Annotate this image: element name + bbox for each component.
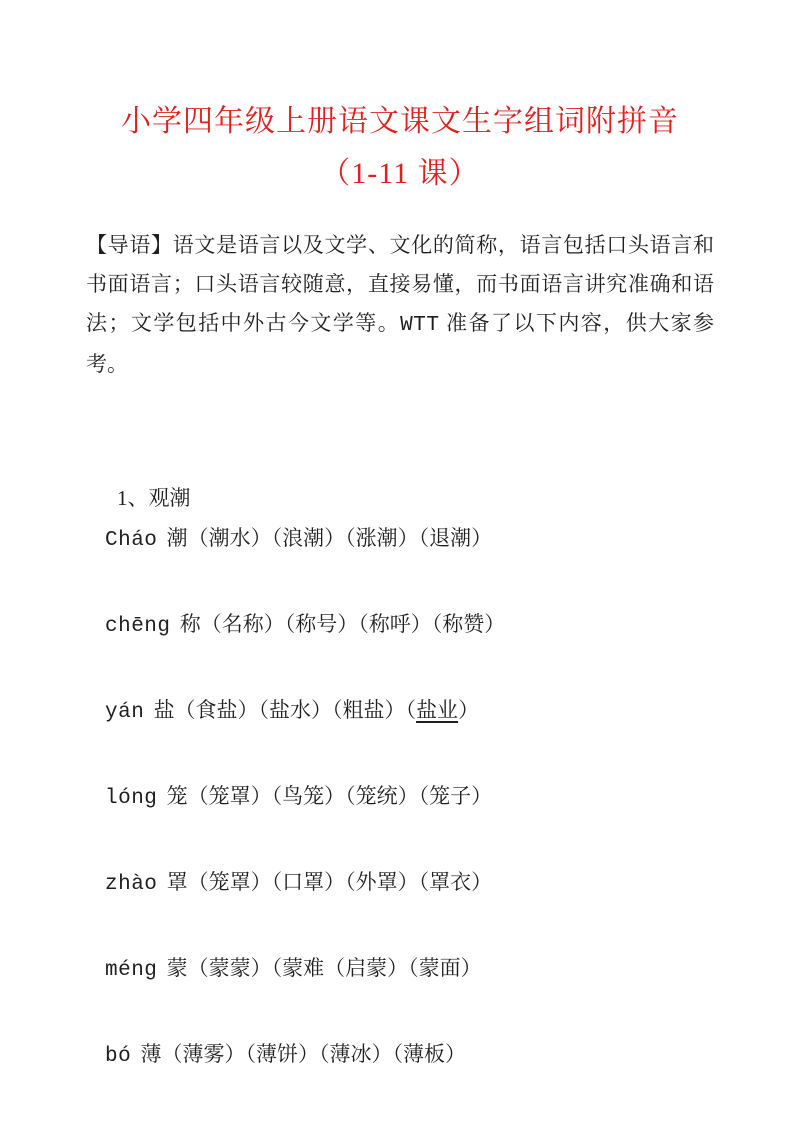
pinyin-text: Cháo <box>105 529 157 552</box>
vocab-entry: chēng 称（名称）（称号）（称呼）（称赞） <box>86 604 714 647</box>
chinese-text: 称（名称）（称号）（称呼）（称赞） <box>175 612 506 636</box>
lesson-heading: 1、观潮 <box>86 478 714 518</box>
pinyin-text: lóng <box>105 787 157 810</box>
vocab-entry: zhào 罩（笼罩）（口罩）（外罩）（罩衣） <box>86 862 714 905</box>
chinese-text-underlined: 盐业 <box>416 698 458 722</box>
pinyin-text: méng <box>105 959 157 982</box>
document-page: 小学四年级上册语文课文生字组词附拼音 （1-11 课） 【导语】语文是语言以及文… <box>0 0 800 1132</box>
chinese-text: 罩（笼罩）（口罩）（外罩）（罩衣） <box>161 870 492 894</box>
title-line-1: 小学四年级上册语文课文生字组词附拼音 <box>86 96 714 148</box>
vocab-entry-list: Cháo 潮（潮水）（浪潮）（涨潮）（退潮）chēng 称（名称）（称号）（称呼… <box>86 518 714 1077</box>
chinese-text: 笼（笼罩）（鸟笼）（笼统）（笼子） <box>161 784 492 808</box>
vocab-entry: méng 蒙（蒙蒙）（蒙难（启蒙）（蒙面） <box>86 948 714 991</box>
chinese-text: 潮（潮水）（浪潮）（涨潮）（退潮） <box>161 526 492 550</box>
pinyin-text: zhào <box>105 873 157 896</box>
pinyin-text: yán <box>105 701 144 724</box>
chinese-text: 蒙（蒙蒙）（蒙难（启蒙）（蒙面） <box>161 956 481 980</box>
vocab-entry: lóng 笼（笼罩）（鸟笼）（笼统）（笼子） <box>86 776 714 819</box>
pinyin-text: chēng <box>105 615 171 638</box>
vocab-entry: bó 薄（薄雾）（薄饼）（薄冰）（薄板） <box>86 1034 714 1077</box>
document-title: 小学四年级上册语文课文生字组词附拼音 （1-11 课） <box>86 96 714 200</box>
vocab-entry: yán 盐（食盐）（盐水）（粗盐）（盐业） <box>86 690 714 733</box>
vocab-entry: Cháo 潮（潮水）（浪潮）（涨潮）（退潮） <box>86 518 714 561</box>
chinese-text: 盐（食盐）（盐水）（粗盐）（ <box>148 698 416 722</box>
chinese-text: ） <box>458 698 479 722</box>
chinese-text: 薄（薄雾）（薄饼）（薄冰）（薄板） <box>135 1042 466 1066</box>
title-line-2: （1-11 课） <box>86 148 714 200</box>
pinyin-text: bó <box>105 1045 131 1068</box>
intro-paragraph: 【导语】语文是语言以及文学、文化的简称，语言包括口头语言和书面语言；口头语言较随… <box>86 226 714 384</box>
latin-text: WTT <box>400 314 439 337</box>
